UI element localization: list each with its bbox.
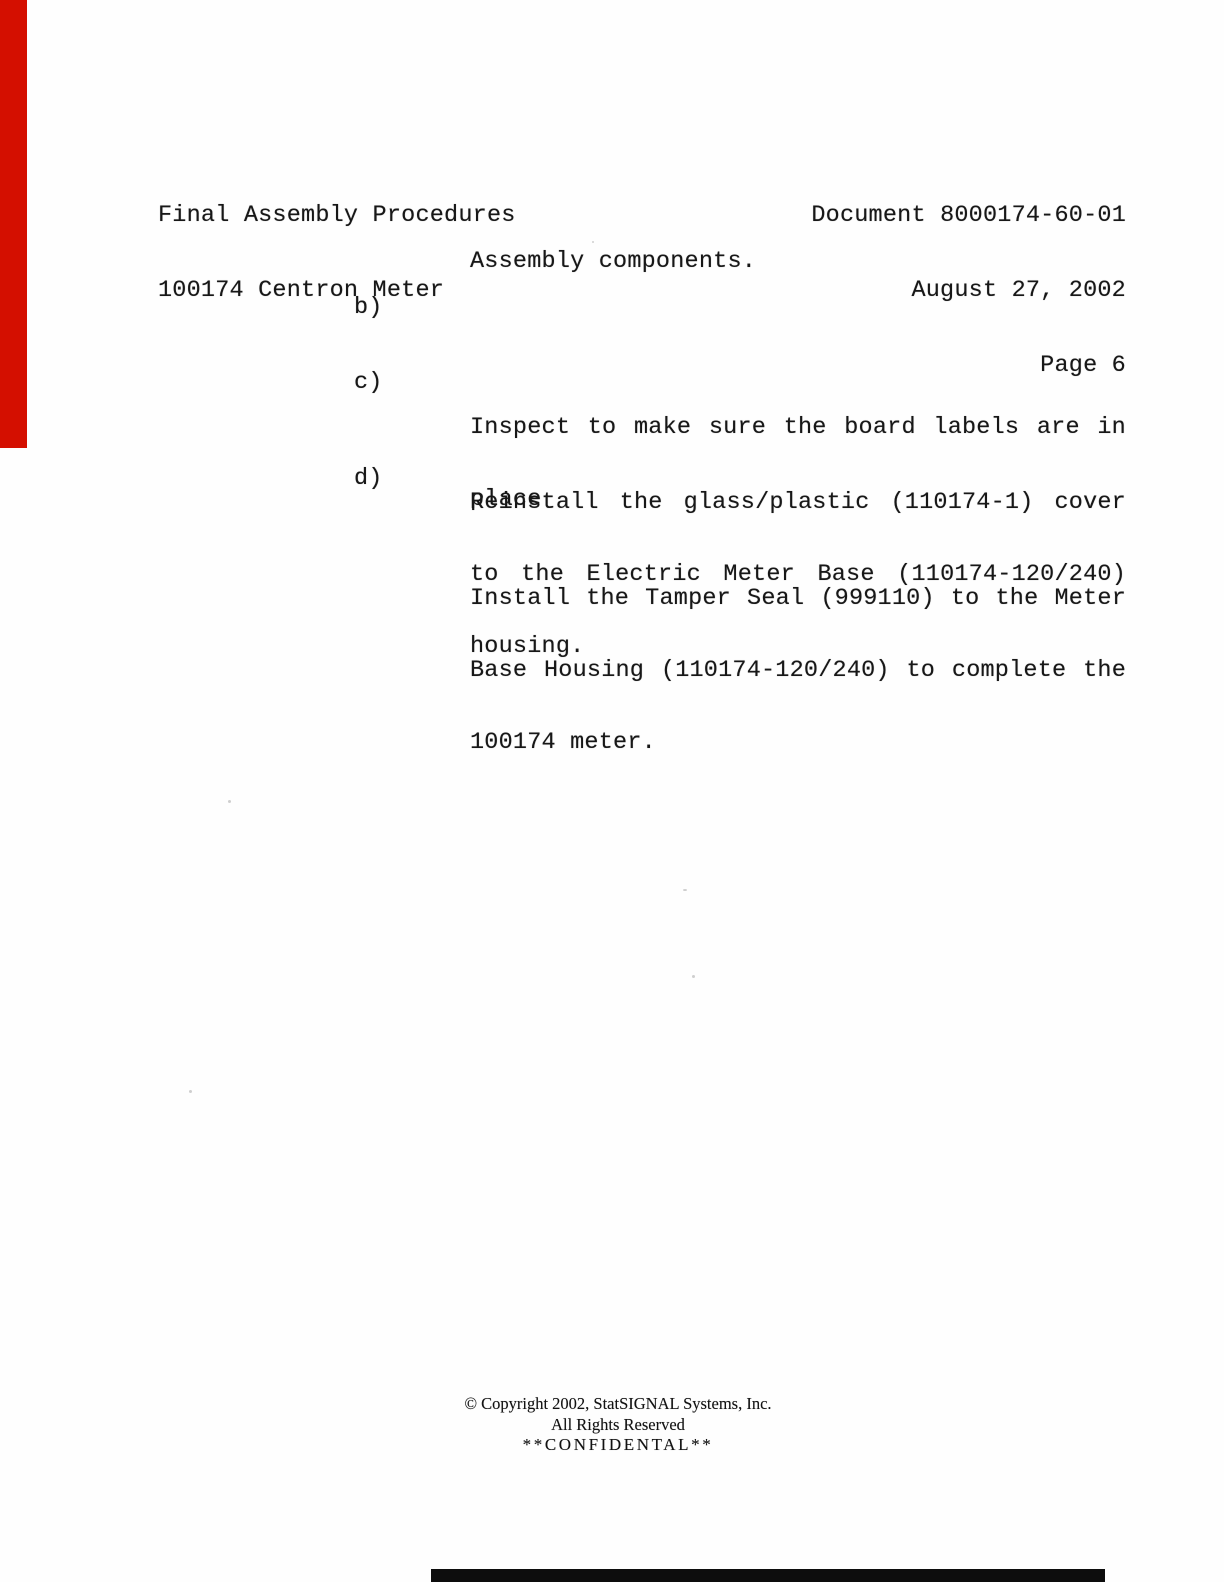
footer-copyright: © Copyright 2002, StatSIGNAL Systems, In…: [6, 1394, 1224, 1415]
list-item-d-line: Base Housing (110174-120/240) to complet…: [470, 659, 1126, 683]
footer-rights: All Rights Reserved: [6, 1415, 1224, 1436]
scan-speck: [228, 800, 231, 803]
scan-speck: [592, 241, 594, 243]
document-page: Final Assembly Procedures 100174 Centron…: [0, 0, 1224, 1582]
scan-speck: [189, 1090, 192, 1093]
scan-speck: [692, 975, 695, 978]
list-item-d-label: d): [354, 467, 383, 491]
header-doc-title: Final Assembly Procedures: [158, 203, 516, 228]
list-item-b-label: b): [354, 296, 383, 320]
scan-speck: [683, 889, 687, 891]
list-item-d-text: Install the Tamper Seal (999110) to the …: [470, 539, 1126, 803]
scan-edge-black-bar: [431, 1569, 1105, 1582]
list-item-d: d) Install the Tamper Seal (999110) to t…: [354, 467, 1126, 851]
intro-line: Assembly components.: [470, 250, 756, 274]
list-item-d-line: Install the Tamper Seal (999110) to the …: [470, 587, 1126, 611]
page-footer: © Copyright 2002, StatSIGNAL Systems, In…: [6, 1394, 1224, 1456]
scan-edge-red-stripe: [0, 0, 27, 448]
list-item-d-line: 100174 meter.: [470, 731, 1126, 755]
header-document-number: Document 8000174-60-01: [560, 203, 1126, 228]
footer-confidential: **CONFIDENTAL**: [6, 1435, 1224, 1456]
list-item-c-label: c): [354, 371, 383, 395]
